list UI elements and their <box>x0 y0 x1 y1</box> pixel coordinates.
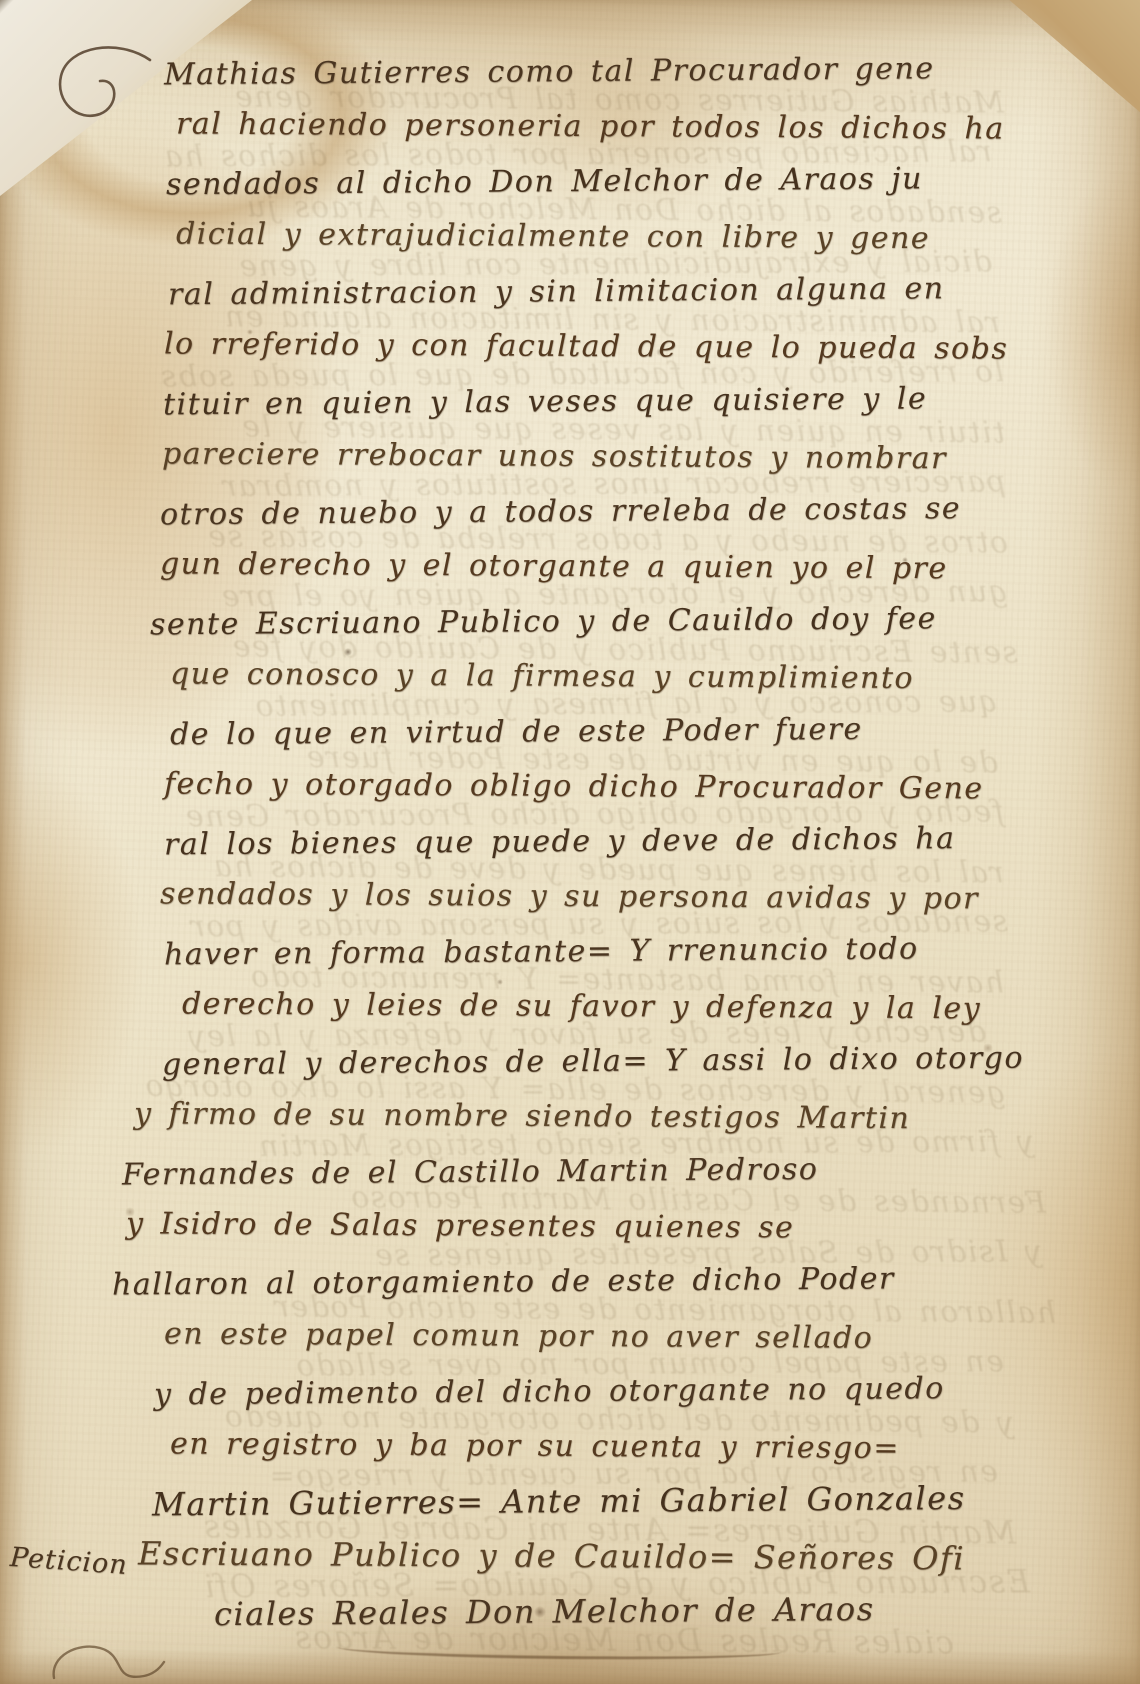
manuscript-line: gun derecho y el otorgante a quien yo el… <box>160 536 1010 596</box>
manuscript-line: pareciere rrebocar unos sostitutos y nom… <box>162 426 1010 486</box>
manuscript-line: general y derechos de ella= Y assi lo di… <box>162 1031 1010 1093</box>
manuscript-line: y Isidro de Salas presentes quienes se <box>126 1196 1010 1256</box>
manuscript-line: en registro y ba por su cuenta y rriesgo… <box>170 1416 1010 1476</box>
manuscript-line: y de pedimento del dicho otorgante no qu… <box>154 1361 1010 1423</box>
manuscript-line: Fernandes de el Castillo Martin Pedroso <box>122 1141 1010 1203</box>
manuscript-line: sendados y los suios y su persona avidas… <box>160 866 1010 926</box>
manuscript-line: hallaron al otorgamiento de este dicho P… <box>112 1250 1010 1312</box>
manuscript-line: ciales Reales Don Melchor de Araos <box>214 1581 1010 1642</box>
manuscript-text: Mathias Gutierres como tal Procurador ge… <box>150 44 1010 1639</box>
manuscript-line: sente Escriuano Publico y de Cauildo doy… <box>150 591 1010 653</box>
manuscript-line: ral administracion y sin limitacion algu… <box>168 261 1010 323</box>
manuscript-line: sendados al dicho Don Melchor de Araos j… <box>166 151 1010 213</box>
manuscript-line: otros de nuebo y a todos rreleba de cost… <box>160 481 1010 543</box>
margin-note: Peticion <box>9 1544 128 1579</box>
manuscript-line: en este papel comun por no aver sellado <box>164 1306 1010 1366</box>
manuscript-line: Martin Gutierres= Ante mi Gabriel Gonzal… <box>152 1471 1010 1533</box>
manuscript-line: Escriuano Publico y de Cauildo= Señores … <box>138 1526 1010 1586</box>
manuscript-line: tituir en quien y las veses que quisiere… <box>163 371 1010 433</box>
opening-flourish <box>52 44 156 128</box>
manuscript-scan: Mathias Gutierres como tal Procurador ge… <box>0 0 1140 1684</box>
manuscript-line: de lo que en virtud de este Poder fuere <box>170 701 1010 763</box>
bottom-edge-flourish <box>48 1638 168 1684</box>
manuscript-line: fecho y otorgado obligo dicho Procurador… <box>164 756 1010 816</box>
manuscript-line: dicial y extrajudicialmente con libre y … <box>176 206 1010 266</box>
manuscript-line: ral los bienes que puede y deve de dicho… <box>164 811 1010 873</box>
manuscript-line: haver en forma bastante= Y rrenuncio tod… <box>164 921 1010 983</box>
manuscript-line: que conosco y a la firmesa y cumplimient… <box>170 646 1010 706</box>
manuscript-line: Mathias Gutierres como tal Procurador ge… <box>164 41 1010 103</box>
manuscript-line: lo rreferido y con facultad de que lo pu… <box>164 316 1010 376</box>
folded-corner-top-right <box>998 0 1140 122</box>
manuscript-line: ral haciendo personeria por todos los di… <box>176 96 1010 156</box>
manuscript-line: y firmo de su nombre siendo testigos Mar… <box>134 1086 1010 1146</box>
manuscript-line: derecho y leies de su favor y defenza y … <box>182 976 1010 1036</box>
